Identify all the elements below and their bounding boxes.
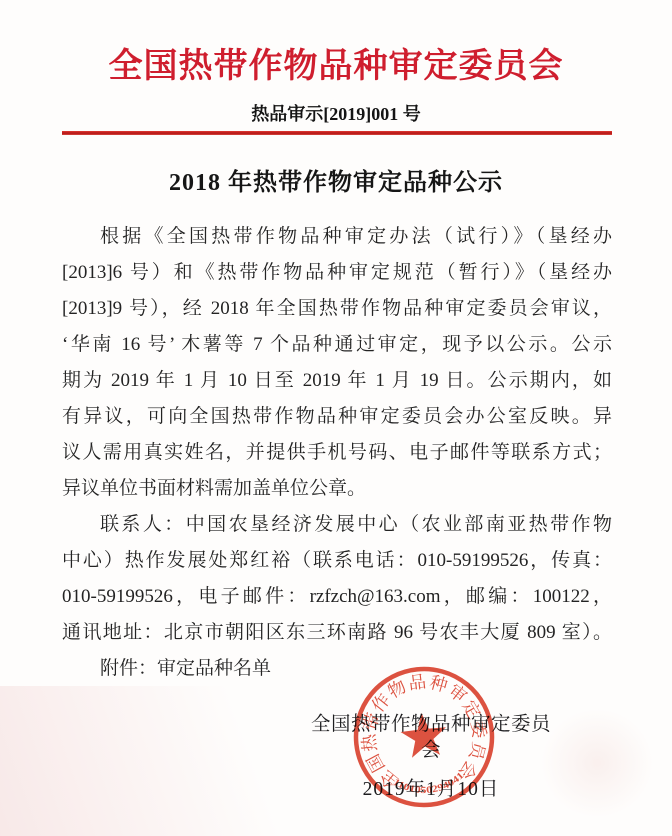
red-divider — [62, 131, 612, 135]
doc-line: 议人需用真实姓名，并提供手机号码、电子邮件等联系方式； — [62, 435, 612, 471]
doc-line: 010-59199526，电子邮件：rzfzch@163.com，邮编：1001… — [62, 579, 612, 615]
doc-line: ‘华南 16 号’ 木薯等 7 个品种通过审定，现予以公示。公示 — [62, 327, 612, 363]
document-body: 根据《全国热带作物品种审定办法（试行）》（垦经办[2013]6 号）和《热带作物… — [62, 219, 612, 687]
doc-line: 异议单位书面材料需加盖单位公章。 — [62, 471, 612, 507]
doc-line: 有异议，可向全国热带作物品种审定委员会办公室反映。异 — [62, 399, 612, 435]
document-page: 全国热带作物品种审定委员会 热品审示[2019]001 号 2018 年热带作物… — [0, 0, 672, 836]
doc-line: 根据《全国热带作物品种审定办法（试行）》（垦经办 — [62, 219, 612, 255]
doc-line: 通讯地址：北京市朝阳区东三环南路 96 号农丰大厦 809 室）。 — [62, 615, 612, 651]
doc-line: 中心）热作发展处郑红裕（联系电话：010-59199526，传真： — [62, 543, 612, 579]
doc-line: [2013]6 号）和《热带作物品种审定规范（暂行）》（垦经办 — [62, 255, 612, 291]
doc-line: [2013]9 号），经 2018 年全国热带作物品种审定委员会审议， — [62, 291, 612, 327]
doc-heading: 2018 年热带作物审定品种公示 — [0, 162, 672, 197]
star-icon — [399, 711, 449, 759]
org-title: 全国热带作物品种审定委员会 — [0, 38, 672, 87]
official-seal: 全国热带作物品种审定委员会 1101050294041 — [334, 647, 514, 827]
doc-line: 期为 2019 年 1 月 10 日至 2019 年 1 月 19 日。公示期内… — [62, 363, 612, 399]
doc-number: 热品审示[2019]001 号 — [0, 100, 672, 126]
doc-line: 联系人：中国农垦经济发展中心（农业部南亚热带作物 — [62, 507, 612, 543]
